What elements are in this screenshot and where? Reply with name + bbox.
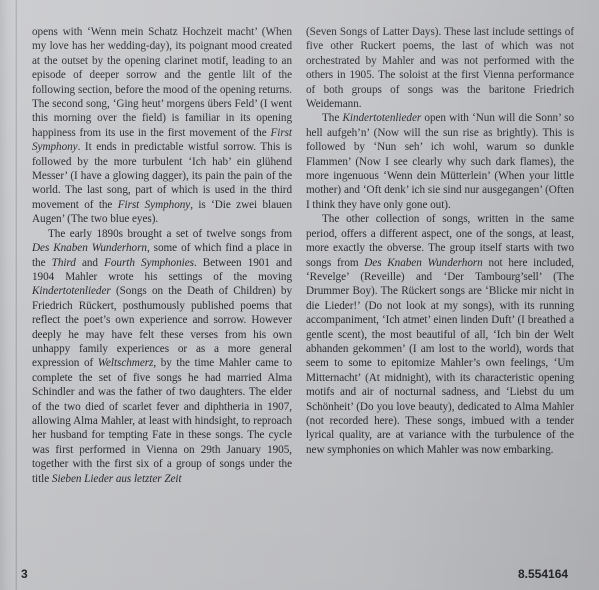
text-run: not here included, ‘Revelge’ (Reveille) … [306,257,574,456]
italic-title: First Symphony [118,199,190,211]
text-run: (Seven Songs of Latter Days). These last… [306,26,574,110]
body-paragraph: The Kindertotenlieder open with ‘Nun wil… [306,111,574,212]
text-run: The early 1890s brought a set of twelve … [48,228,292,240]
page-number: 3 [21,567,28,581]
catalogue-number: 8.554164 [518,567,568,581]
italic-title: Weltschmerz [98,357,154,369]
text-run: The [322,112,342,124]
italic-title: Kindertotenlieder [342,112,421,124]
body-paragraph: opens with ‘Wenn mein Schatz Hochzeit ma… [32,25,292,227]
italic-title: Sieben Lieder aus letzter Zeit [52,473,182,485]
italic-title: Third [52,257,76,269]
text-run: opens with ‘Wenn mein Schatz Hochzeit ma… [32,26,292,139]
italic-title: Kindertotenlieder [32,285,111,297]
italic-title: Fourth Symphonies [104,257,194,269]
italic-title: Des Knaben Wunderhorn [32,242,147,254]
body-paragraph: The other collection of songs, written i… [306,212,574,457]
text-run: open with ‘Nun will die Sonn’ so hell au… [306,112,574,210]
italic-title: Des Knaben Wunderhorn [364,257,482,269]
left-text-column: opens with ‘Wenn mein Schatz Hochzeit ma… [32,25,292,486]
text-run: , by the time Mahler came to complete th… [32,357,292,484]
body-paragraph: The early 1890s brought a set of twelve … [32,227,292,486]
right-text-column: (Seven Songs of Latter Days). These last… [306,25,574,457]
body-paragraph: (Seven Songs of Latter Days). These last… [306,25,574,111]
page-binding-edge [14,0,17,590]
text-run: and [76,257,104,269]
